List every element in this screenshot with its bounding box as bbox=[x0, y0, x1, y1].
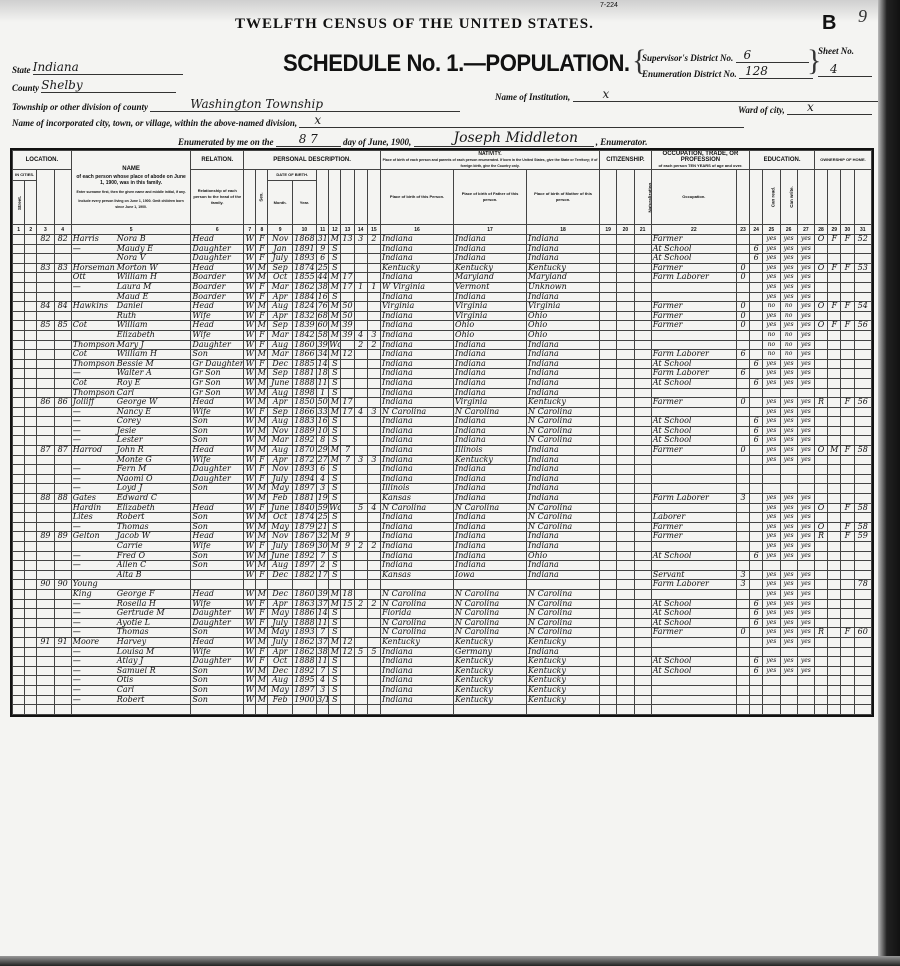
cell-relation: Wife bbox=[191, 599, 244, 609]
cell-attended-school bbox=[750, 407, 763, 417]
cell-can-speak-english: yes bbox=[797, 666, 814, 676]
cell-naturalization bbox=[634, 561, 651, 571]
cell-street bbox=[13, 618, 25, 628]
cell-farm-house bbox=[841, 618, 854, 628]
cell-name: —Jesie bbox=[71, 426, 191, 436]
state-value: Indiana bbox=[33, 60, 183, 75]
cell-months-not-employed: 6 bbox=[736, 369, 749, 379]
cell-birth-year: 1874 bbox=[292, 263, 316, 273]
cell-dwelling-number bbox=[37, 599, 54, 609]
cell-name: —Thomas bbox=[71, 522, 191, 532]
cell-children-living: 5 bbox=[367, 647, 380, 657]
cell-house-number bbox=[25, 321, 37, 331]
cell-relation: Wife bbox=[191, 647, 244, 657]
cell-attended-school bbox=[750, 532, 763, 542]
given-name: Maudy E bbox=[117, 244, 153, 253]
surname: Young bbox=[73, 580, 117, 589]
cell-can-read: yes bbox=[763, 637, 780, 647]
cell-immigration-year bbox=[600, 235, 617, 245]
cell-farm-schedule: 78 bbox=[854, 580, 872, 590]
cell-can-read: yes bbox=[763, 522, 780, 532]
cell-immigration-year bbox=[600, 330, 617, 340]
cell-birth-month: July bbox=[268, 474, 292, 484]
cell-relation: Son bbox=[191, 426, 244, 436]
census-row-line-53: Nora VDaughterWFJuly18936SIndianaIndiana… bbox=[13, 254, 872, 264]
cell-can-write: yes bbox=[780, 580, 797, 590]
cell-house-number bbox=[25, 647, 37, 657]
cell-immigration-year bbox=[600, 263, 617, 273]
cell-years-married bbox=[341, 417, 354, 427]
cell-can-write: no bbox=[780, 330, 797, 340]
cell-sex: M bbox=[256, 513, 268, 523]
cell-birth-month: July bbox=[268, 637, 292, 647]
cell-name: —Samuel R bbox=[71, 666, 191, 676]
cell-attended-school bbox=[750, 369, 763, 379]
cell-name: —Thomas bbox=[71, 628, 191, 638]
cell-name: —Allen C bbox=[71, 561, 191, 571]
cell-immigration-year bbox=[600, 244, 617, 254]
cell-years-in-us bbox=[617, 263, 634, 273]
cell-sex: M bbox=[256, 494, 268, 504]
census-row-line-68: 8686JolliffGeorge WHeadWMApr185050M17Ind… bbox=[13, 398, 872, 408]
given-name: Carrie bbox=[117, 542, 143, 551]
cell-birth-year: 1860 bbox=[292, 589, 316, 599]
cell-family-number: 91 bbox=[54, 637, 71, 647]
cell-house-number bbox=[25, 340, 37, 350]
cell-house-number bbox=[25, 532, 37, 542]
cell-farm-house bbox=[841, 561, 854, 571]
cell-years-married bbox=[341, 609, 354, 619]
cell-can-write: yes bbox=[780, 378, 797, 388]
surname: — bbox=[73, 609, 117, 618]
cell-age: 16 bbox=[317, 292, 329, 302]
cell-father-birthplace: Indiana bbox=[454, 378, 527, 388]
cell-mother-birthplace: Indiana bbox=[527, 532, 600, 542]
cell-mother-of bbox=[354, 618, 367, 628]
cell-years-in-us bbox=[617, 618, 634, 628]
cell-dwelling-number bbox=[37, 513, 54, 523]
cell-dwelling-number bbox=[37, 244, 54, 254]
cell-relation: Daughter bbox=[191, 340, 244, 350]
column-number: 10 bbox=[292, 225, 316, 235]
cell-farm-schedule bbox=[854, 676, 872, 686]
cell-can-write: yes bbox=[780, 599, 797, 609]
cell-mother-of bbox=[354, 628, 367, 638]
cell-immigration-year bbox=[600, 417, 617, 427]
cell-children-living: 3 bbox=[367, 407, 380, 417]
cell-farm-schedule: 58 bbox=[854, 522, 872, 532]
cell-dwelling-number bbox=[37, 589, 54, 599]
cell-can-speak-english: yes bbox=[797, 244, 814, 254]
cell-farm-house: F bbox=[841, 235, 854, 245]
cell-marital-status: M bbox=[329, 398, 341, 408]
cell-house-number bbox=[25, 637, 37, 647]
cell-free-mortgaged bbox=[828, 369, 841, 379]
census-row-line-77: —Loyd JSonWMMay18973SIllinoisIndianaIndi… bbox=[13, 484, 872, 494]
cell-children-living bbox=[367, 570, 380, 580]
cell-free-mortgaged bbox=[828, 282, 841, 292]
cell-color: W bbox=[244, 446, 256, 456]
cell-years-in-us bbox=[617, 292, 634, 302]
col-farm-house-header: Farm or house. bbox=[841, 170, 854, 225]
cell-children-living bbox=[367, 378, 380, 388]
cell-children-living bbox=[367, 484, 380, 494]
cell-family-number: 87 bbox=[54, 446, 71, 456]
cell-years-in-us bbox=[617, 570, 634, 580]
cell-relation: Son bbox=[191, 436, 244, 446]
given-name: John R bbox=[117, 446, 144, 455]
cell-farm-house: F bbox=[841, 628, 854, 638]
cell-years-married: 15 bbox=[341, 599, 354, 609]
cell-farm-house bbox=[841, 292, 854, 302]
cell-occupation bbox=[651, 340, 736, 350]
cell-dwelling-number bbox=[37, 426, 54, 436]
cell-sex: F bbox=[256, 311, 268, 321]
cell-naturalization bbox=[634, 273, 651, 283]
cell-father-birthplace: Kentucky bbox=[454, 685, 527, 695]
cell-occupation bbox=[651, 676, 736, 686]
cell-birth-month: Aug bbox=[268, 446, 292, 456]
cell-street bbox=[13, 455, 25, 465]
col-age-header: Age at last birthday. bbox=[317, 170, 329, 225]
cell-mother-birthplace: Maryland bbox=[527, 273, 600, 283]
surname: — bbox=[73, 667, 117, 676]
cell-dwelling-number: 86 bbox=[37, 398, 54, 408]
incorporated-field: Name of incorporated city, town, or vill… bbox=[12, 113, 744, 128]
cell-mother-birthplace: N Carolina bbox=[527, 417, 600, 427]
cell-attended-school bbox=[750, 321, 763, 331]
cell-naturalization bbox=[634, 282, 651, 292]
cell-house-number bbox=[25, 292, 37, 302]
cell-house-number bbox=[25, 311, 37, 321]
cell-relation: Gr Daughter bbox=[191, 359, 244, 369]
cell-months-not-employed bbox=[736, 513, 749, 523]
cell-can-write bbox=[780, 484, 797, 494]
cell-months-not-employed bbox=[736, 455, 749, 465]
cell-birth-month: Aug bbox=[268, 417, 292, 427]
cell-father-birthplace: N Carolina bbox=[454, 503, 527, 513]
cell-attended-school: 6 bbox=[750, 609, 763, 619]
cell-mother-birthplace: N Carolina bbox=[527, 589, 600, 599]
cell-relation: Son bbox=[191, 484, 244, 494]
cell-months-not-employed: 0 bbox=[736, 263, 749, 273]
cell-house-number bbox=[25, 676, 37, 686]
cell-dwelling-number: 83 bbox=[37, 263, 54, 273]
given-name: Daniel bbox=[117, 302, 143, 311]
cell-street bbox=[13, 494, 25, 504]
cell-free-mortgaged bbox=[828, 695, 841, 705]
column-number: 20 bbox=[617, 225, 634, 235]
cell-street bbox=[13, 522, 25, 532]
surname: — bbox=[73, 561, 117, 570]
cell-years-married: 17 bbox=[341, 398, 354, 408]
cell-naturalization bbox=[634, 522, 651, 532]
cell-free-mortgaged: F bbox=[828, 302, 841, 312]
cell-mother-of bbox=[354, 532, 367, 542]
census-row-line-80: LitesRobertSonWMOct187425SIndianaIndiana… bbox=[13, 513, 872, 523]
cell-name: HarrodJohn R bbox=[71, 446, 191, 456]
census-row-line-70: —CoreySonWMAug188316SIndianaIndianaN Car… bbox=[13, 417, 872, 427]
cell-can-speak-english: yes bbox=[797, 359, 814, 369]
cell-occupation: Farm Laborer bbox=[651, 273, 736, 283]
cell-marital-status: M bbox=[329, 350, 341, 360]
cell-attended-school bbox=[750, 484, 763, 494]
cell-can-write: yes bbox=[780, 254, 797, 264]
col-farm-schedule-header: Number of farm schedule. bbox=[854, 170, 872, 225]
cell-attended-school bbox=[750, 282, 763, 292]
cell-color: W bbox=[244, 311, 256, 321]
cell-age: 31 bbox=[317, 235, 329, 245]
cell-owned-rented bbox=[814, 542, 827, 552]
cell-birthplace bbox=[381, 705, 454, 715]
cell-can-write: yes bbox=[780, 494, 797, 504]
cell-dwelling-number bbox=[37, 657, 54, 667]
township-field: Township or other division of county Was… bbox=[12, 97, 460, 112]
cell-color: W bbox=[244, 378, 256, 388]
cell-family-number bbox=[54, 695, 71, 705]
cell-attended-school bbox=[750, 398, 763, 408]
cell-birth-month: Dec bbox=[268, 359, 292, 369]
cell-color bbox=[244, 580, 256, 590]
cell-house-number bbox=[25, 359, 37, 369]
cell-sex: M bbox=[256, 436, 268, 446]
cell-mother-of bbox=[354, 695, 367, 705]
cell-occupation bbox=[651, 695, 736, 705]
cell-mother-of bbox=[354, 426, 367, 436]
cell-can-write bbox=[780, 474, 797, 484]
cell-mother-birthplace bbox=[527, 705, 600, 715]
cell-naturalization bbox=[634, 705, 651, 715]
cell-can-speak-english: yes bbox=[797, 618, 814, 628]
cell-marital-status: S bbox=[329, 465, 341, 475]
cell-years-in-us bbox=[617, 657, 634, 667]
cell-farm-schedule bbox=[854, 359, 872, 369]
cell-years-in-us bbox=[617, 532, 634, 542]
cell-name: Ruth bbox=[71, 311, 191, 321]
cell-months-not-employed: 3 bbox=[736, 570, 749, 580]
cell-months-not-employed bbox=[736, 695, 749, 705]
column-number: 31 bbox=[854, 225, 872, 235]
cell-attended-school bbox=[750, 685, 763, 695]
census-row-line-76: —Naomi ODaughterWFJuly18944SIndianaIndia… bbox=[13, 474, 872, 484]
cell-sex: M bbox=[256, 589, 268, 599]
cell-children-living bbox=[367, 244, 380, 254]
column-number: 11 bbox=[317, 225, 329, 235]
cell-can-speak-english: yes bbox=[797, 503, 814, 513]
cell-children-living: 3 bbox=[367, 330, 380, 340]
cell-relation: Son bbox=[191, 685, 244, 695]
cell-birthplace: Indiana bbox=[381, 676, 454, 686]
cell-farm-schedule bbox=[854, 273, 872, 283]
cell-farm-house: F bbox=[841, 302, 854, 312]
enumeration-label: Enumeration District No. bbox=[642, 69, 737, 79]
cell-children-living bbox=[367, 666, 380, 676]
column-number: 18 bbox=[527, 225, 600, 235]
cell-mother-of bbox=[354, 705, 367, 715]
cell-mother-birthplace bbox=[527, 580, 600, 590]
cell-naturalization bbox=[634, 676, 651, 686]
cell-naturalization bbox=[634, 340, 651, 350]
cell-children-living bbox=[367, 417, 380, 427]
cell-can-write: yes bbox=[780, 273, 797, 283]
cell-family-number bbox=[54, 254, 71, 264]
cell-dwelling-number bbox=[37, 407, 54, 417]
cell-naturalization bbox=[634, 589, 651, 599]
cell-naturalization bbox=[634, 465, 651, 475]
cell-birthplace: Indiana bbox=[381, 235, 454, 245]
cell-farm-schedule: 54 bbox=[854, 302, 872, 312]
cell-can-write: no bbox=[780, 350, 797, 360]
cell-free-mortgaged bbox=[828, 542, 841, 552]
cell-years-in-us bbox=[617, 398, 634, 408]
cell-children-living bbox=[367, 321, 380, 331]
col-house-number-header: House Number. bbox=[25, 181, 37, 225]
cell-can-read: yes bbox=[763, 235, 780, 245]
cell-color: W bbox=[244, 398, 256, 408]
census-row-line-64: ThompsonBessie MGr DaughterWFDec188514SI… bbox=[13, 359, 872, 369]
cell-children-living bbox=[367, 637, 380, 647]
cell-can-write: yes bbox=[780, 542, 797, 552]
cell-free-mortgaged bbox=[828, 637, 841, 647]
cell-farm-house bbox=[841, 484, 854, 494]
surname: — bbox=[73, 436, 117, 445]
surname: — bbox=[73, 600, 117, 609]
cell-color: W bbox=[244, 522, 256, 532]
cell-years-in-us bbox=[617, 369, 634, 379]
cell-relation: Boarder bbox=[191, 273, 244, 283]
cell-free-mortgaged bbox=[828, 407, 841, 417]
census-row-line-83: CarrieWifeWFJuly186930M922IndianaIndiana… bbox=[13, 542, 872, 552]
cell-free-mortgaged bbox=[828, 647, 841, 657]
cell-free-mortgaged bbox=[828, 618, 841, 628]
cell-father-birthplace: Vermont bbox=[454, 282, 527, 292]
given-name: Samuel R bbox=[117, 666, 156, 675]
cell-relation: Son bbox=[191, 551, 244, 561]
cell-years-in-us bbox=[617, 302, 634, 312]
cell-age: 38 bbox=[317, 282, 329, 292]
cell-mother-birthplace: Virginia bbox=[527, 302, 600, 312]
cell-color: W bbox=[244, 417, 256, 427]
cell-owned-rented bbox=[814, 685, 827, 695]
cell-immigration-year bbox=[600, 589, 617, 599]
cell-years-married: 50 bbox=[341, 311, 354, 321]
cell-owned-rented bbox=[814, 311, 827, 321]
cell-attended-school bbox=[750, 311, 763, 321]
cell-marital-status: M bbox=[329, 446, 341, 456]
given-name: Elizabeth bbox=[117, 330, 155, 339]
cell-can-speak-english: yes bbox=[797, 657, 814, 667]
census-row-line-55: OttWilliam HBoarderWMOct185544M17Indiana… bbox=[13, 273, 872, 283]
cell-years-married bbox=[341, 618, 354, 628]
cell-father-birthplace: Indiana bbox=[454, 513, 527, 523]
cell-years-married bbox=[341, 474, 354, 484]
cell-immigration-year bbox=[600, 484, 617, 494]
surname: King bbox=[73, 590, 117, 599]
cell-birthplace: Indiana bbox=[381, 657, 454, 667]
cell-occupation: At School bbox=[651, 657, 736, 667]
cell-mother-birthplace: Indiana bbox=[527, 244, 600, 254]
cell-children-living: 1 bbox=[367, 282, 380, 292]
given-name: Thomas bbox=[117, 628, 149, 637]
col-children-living-header: Number of these children living. bbox=[367, 170, 380, 225]
cell-sex: M bbox=[256, 350, 268, 360]
cell-street bbox=[13, 609, 25, 619]
cell-can-speak-english: yes bbox=[797, 311, 814, 321]
cell-can-write: no bbox=[780, 311, 797, 321]
cell-naturalization bbox=[634, 436, 651, 446]
col-free-mortgaged-header: Owned free or mortgaged. bbox=[828, 170, 841, 225]
census-row-line-84: —Fred OSonWMJune18927SIndianaIndianaOhio… bbox=[13, 551, 872, 561]
col-years-married-header: Number of years married. bbox=[341, 170, 354, 225]
cell-can-read: yes bbox=[763, 311, 780, 321]
cell-father-birthplace: Indiana bbox=[454, 369, 527, 379]
cell-can-read: yes bbox=[763, 599, 780, 609]
cell-dwelling-number bbox=[37, 273, 54, 283]
cell-father-birthplace: Germany bbox=[454, 647, 527, 657]
census-row-line-82: 8989GeltonJacob WHeadWMNov186732M9Indian… bbox=[13, 532, 872, 542]
cell-attended-school bbox=[750, 340, 763, 350]
cell-mother-birthplace: N Carolina bbox=[527, 618, 600, 628]
cell-sex: F bbox=[256, 599, 268, 609]
cell-mother-birthplace: Indiana bbox=[527, 254, 600, 264]
cell-months-not-employed: 3 bbox=[736, 580, 749, 590]
cell-naturalization bbox=[634, 657, 651, 667]
cell-name: —Ayotie L bbox=[71, 618, 191, 628]
cell-marital-status: M bbox=[329, 321, 341, 331]
cell-street bbox=[13, 263, 25, 273]
column-number: 4 bbox=[54, 225, 71, 235]
cell-years-married bbox=[341, 436, 354, 446]
cell-farm-schedule bbox=[854, 254, 872, 264]
cell-sex: M bbox=[256, 321, 268, 331]
cell-attended-school bbox=[750, 637, 763, 647]
cell-farm-schedule bbox=[854, 340, 872, 350]
cell-birthplace: Indiana bbox=[381, 455, 454, 465]
cell-color: W bbox=[244, 407, 256, 417]
cell-owned-rented bbox=[814, 292, 827, 302]
given-name: Alta B bbox=[117, 570, 142, 579]
given-name: Morton W bbox=[117, 263, 158, 272]
cell-owned-rented bbox=[814, 599, 827, 609]
cell-immigration-year bbox=[600, 398, 617, 408]
surname: — bbox=[73, 475, 117, 484]
cell-father-birthplace: Indiana bbox=[454, 465, 527, 475]
cell-dwelling-number bbox=[37, 618, 54, 628]
cell-color: W bbox=[244, 695, 256, 705]
cell-family-number bbox=[54, 388, 71, 398]
given-name: Mary J bbox=[117, 340, 144, 349]
cell-birth-year: 1885 bbox=[292, 359, 316, 369]
cell-free-mortgaged bbox=[828, 474, 841, 484]
cell-immigration-year bbox=[600, 350, 617, 360]
cell-can-speak-english bbox=[797, 695, 814, 705]
cell-birth-year: 1863 bbox=[292, 599, 316, 609]
cell-naturalization bbox=[634, 551, 651, 561]
cell-family-number bbox=[54, 417, 71, 427]
cell-marital-status: S bbox=[329, 570, 341, 580]
cell-owned-rented bbox=[814, 455, 827, 465]
cell-free-mortgaged bbox=[828, 484, 841, 494]
cell-birthplace: Indiana bbox=[381, 350, 454, 360]
surname: Horseman bbox=[73, 264, 117, 273]
cell-can-speak-english: yes bbox=[797, 378, 814, 388]
sheet-letter-handwritten: 9 bbox=[858, 6, 867, 27]
cell-birthplace: Indiana bbox=[381, 666, 454, 676]
cell-relation: Daughter bbox=[191, 474, 244, 484]
cell-father-birthplace: Indiana bbox=[454, 388, 527, 398]
cell-house-number bbox=[25, 609, 37, 619]
cell-sex: M bbox=[256, 484, 268, 494]
